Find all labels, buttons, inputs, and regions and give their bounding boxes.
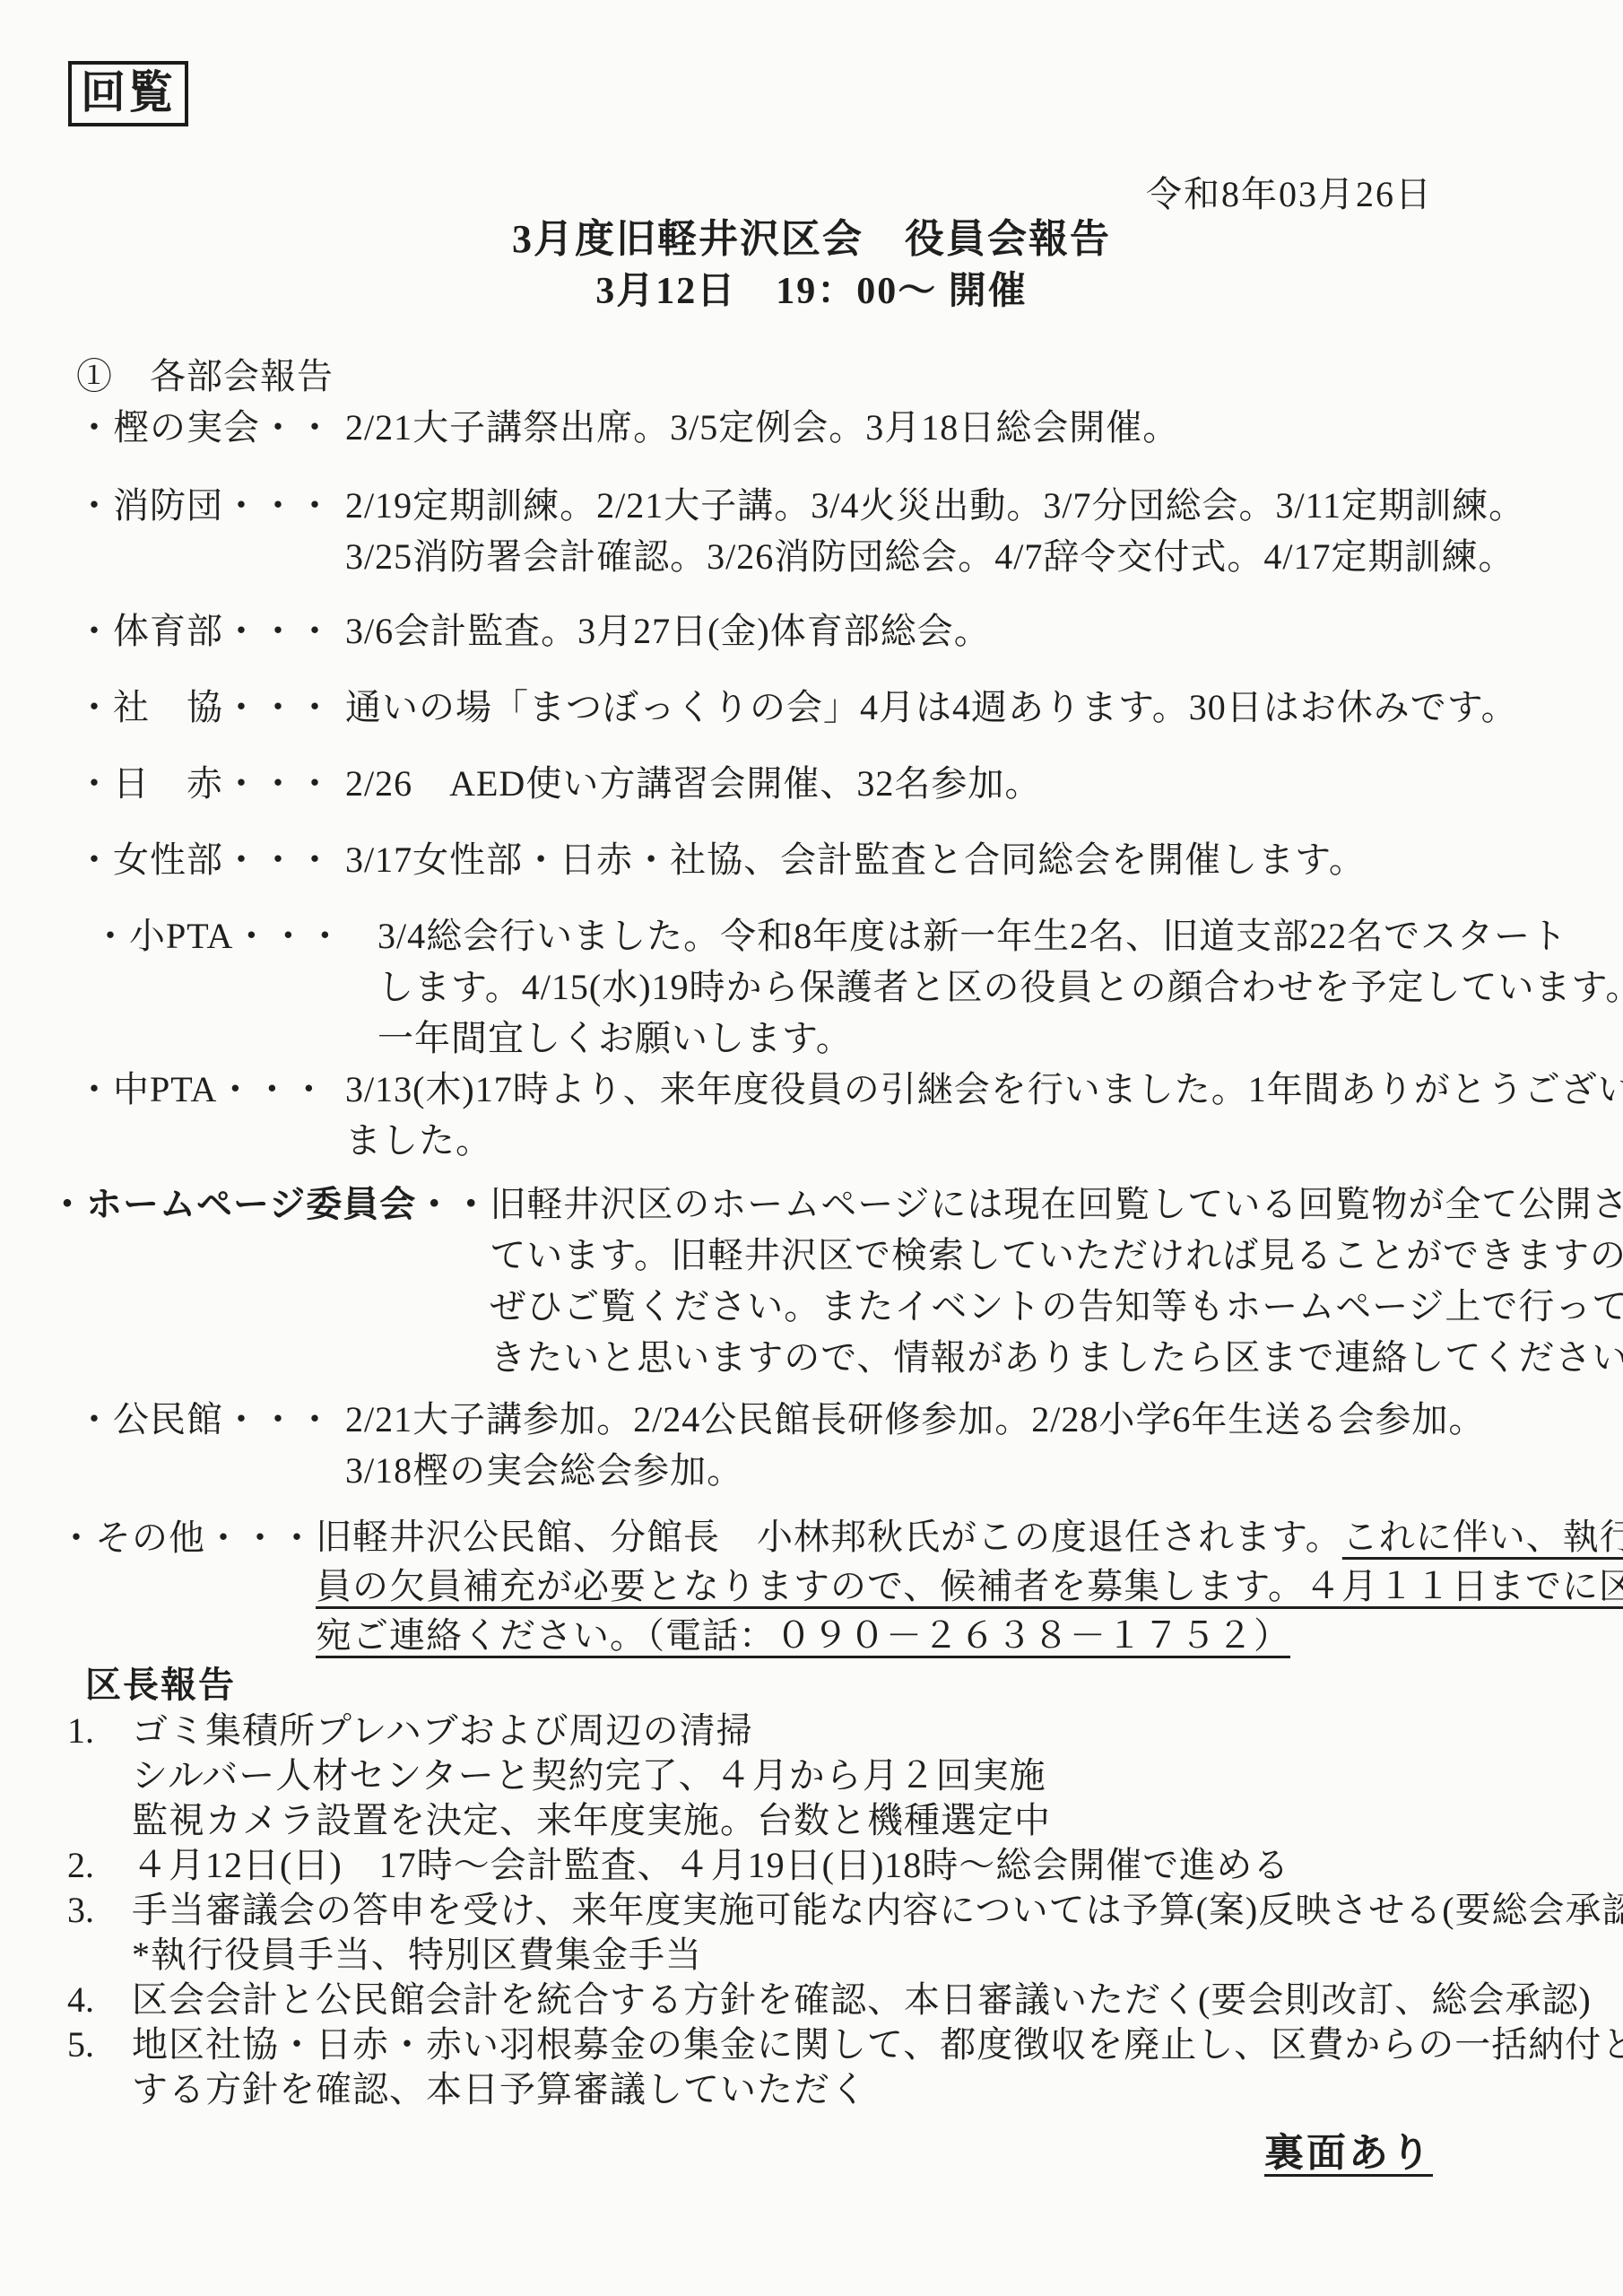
item-line-underlined: 員の欠員補充が必要となりますので、候補者を募集します。４月１１日までに区長 [316,1561,1569,1611]
item-line: 区会会計と公民館会計を統合する方針を確認、本日審議いただく(要会則改訂、総会承認… [132,1978,1592,2022]
item-number: 5. [67,2022,132,2067]
back-side-note: 裏面あり [0,2128,1623,2179]
item-line: 3/6会計監査。3月27日(金)体育部総会。 [345,605,1569,657]
report-item-shobodan: ・消防団・・・ 2/19定期訓練。2/21大子講。3/4火災出動。3/7分団総会… [76,480,1569,582]
kucho-item-3: 3. 手当審議会の答申を受け、来年度実施可能な内容については予算(案)反映させる… [67,1888,1569,1978]
item-line: 旧軽井沢区のホームページには現在回覧している回覧物が全て公開され [490,1178,1569,1230]
report-item-sonota: ・その他・・・ 旧軽井沢公民館、分館長 小林邦秋氏がこの度退任されます。これに伴… [58,1512,1569,1660]
item-line: する方針を確認、本日予算審議していただく [132,2067,1623,2112]
item-label: ・その他・・・ [58,1512,316,1563]
sonota-underlined-text: これに伴い、執行役 [1342,1517,1623,1557]
item-label: ・体育部・・・ [76,605,345,657]
item-line: します。4/15(水)19時から保護者と区の役員との顔合わせを予定しています。 [378,961,1569,1013]
item-label: ・日 赤・・・ [76,758,345,809]
kucho-item-5: 5. 地区社協・日赤・赤い羽根募金の集金に関して、都度徴収を廃止し、区費からの一… [67,2022,1569,2112]
report-item-homepage-committee: ・ホームページ委員会・・ 旧軽井沢区のホームページには現在回覧している回覧物が全… [49,1178,1569,1383]
document-date: 令和8年03月26日 [0,0,1623,216]
item-number: 1. [67,1709,132,1753]
item-line: 旧軽井沢公民館、分館長 小林邦秋氏がこの度退任されます。これに伴い、執行役 [316,1512,1569,1561]
kairan-stamp: 回覧 [68,61,188,126]
item-line: 地区社協・日赤・赤い羽根募金の集金に関して、都度徴収を廃止し、区費からの一括納付… [132,2022,1623,2067]
report-item-kashi-no-mi-kai: ・樫の実会・・ 2/21大子講祭出席。3/5定例会。3月18日総会開催。 [76,402,1569,453]
item-line: きたいと思いますので、情報がありましたら区まで連絡してください。 [490,1332,1569,1383]
item-line: シルバー人材センターと契約完了、４月から月２回実施 [132,1753,1569,1798]
kucho-item-2: 2. ４月12日(日) 17時～会計監査、４月19日(日)18時～総会開催で進め… [67,1843,1569,1888]
scanned-notice-page: 回覧 令和8年03月26日 3月度旧軽井沢区会 役員会報告 3月12日 19：0… [0,0,1623,2296]
item-line: ゴミ集積所プレハブおよび周辺の清掃 [132,1709,1569,1753]
item-line: 監視カメラ設置を決定、来年度実施。台数と機種選定中 [132,1798,1569,1843]
item-label: ・公民館・・・ [76,1394,345,1445]
section-committee-reports: ① 各部会報告 ・樫の実会・・ 2/21大子講祭出席。3/5定例会。3月18日総… [0,351,1623,1660]
kucho-item-1: 1. ゴミ集積所プレハブおよび周辺の清掃 シルバー人材センターと契約完了、４月か… [67,1709,1569,1843]
item-line: 3/17女性部・日赤・社協、会計監査と合同総会を開催します。 [345,834,1569,885]
sonota-plain-text: 旧軽井沢公民館、分館長 小林邦秋氏がこの度退任されます。 [316,1517,1342,1557]
item-label: ・小PTA・・・ [76,910,378,961]
item-line: 一年間宜しくお願いします。 [378,1013,1569,1064]
report-item-sho-pta: ・小PTA・・・ 3/4総会行いました。令和8年度は新一年生2名、旧道支部22名… [76,910,1569,1064]
section-heading-reports: ① 各部会報告 [76,351,1569,402]
item-line: ぜひご覧ください。またイベントの告知等もホームページ上で行って行 [490,1281,1569,1332]
item-line: ています。旧軽井沢区で検索していただければ見ることができますので、 [490,1230,1569,1281]
item-number: 4. [67,1978,132,2022]
item-line: 3/13(木)17時より、来年度役員の引継会を行いました。1年間ありがとうござい [345,1064,1569,1115]
item-label: ・消防団・・・ [76,480,345,531]
item-line-underlined: 宛ご連絡ください。（電話：０９０－２６３８－１７５２） [316,1611,1569,1660]
report-item-kominkan: ・公民館・・・ 2/21大子講参加。2/24公民館長研修参加。2/28小学6年生… [76,1394,1569,1496]
item-line: ました。 [345,1115,1569,1166]
item-line: 通いの場「まつぼっくりの会」4月は4週あります。30日はお休みです。 [345,682,1569,733]
report-item-chu-pta: ・中PTA・・・ 3/13(木)17時より、来年度役員の引継会を行いました。1年… [76,1064,1569,1166]
back-side-note-text: 裏面あり [1264,2131,1433,2175]
report-item-nisseki: ・日 赤・・・ 2/26 AED使い方講習会開催、32名参加。 [76,758,1569,809]
meeting-datetime: 3月12日 19：00～ 開催 [0,268,1623,315]
section-kucho-report: 区長報告 1. ゴミ集積所プレハブおよび周辺の清掃 シルバー人材センターと契約完… [0,1662,1623,2112]
report-item-taiikubu: ・体育部・・・ 3/6会計監査。3月27日(金)体育部総会。 [76,605,1569,657]
item-line: 3/18樫の実会総会参加。 [345,1445,1569,1496]
kucho-item-4: 4. 区会会計と公民館会計を統合する方針を確認、本日審議いただく(要会則改訂、総… [67,1978,1569,2022]
item-line: *執行役員手当、特別区費集金手当 [132,1933,1623,1978]
item-label: ・女性部・・・ [76,834,345,885]
report-item-joseibu: ・女性部・・・ 3/17女性部・日赤・社協、会計監査と合同総会を開催します。 [76,834,1569,885]
item-label: ・中PTA・・・ [76,1064,345,1115]
item-label: ・樫の実会・・ [76,402,345,453]
item-label: ・社 協・・・ [76,682,345,733]
item-number: 2. [67,1843,132,1888]
item-line: 3/25消防署会計確認。3/26消防団総会。4/7辞令交付式。4/17定期訓練。 [345,531,1569,582]
item-label: ・ホームページ委員会・・ [49,1178,490,1230]
item-line: 2/19定期訓練。2/21大子講。3/4火災出動。3/7分団総会。3/11定期訓… [345,480,1569,531]
item-line: 2/26 AED使い方講習会開催、32名参加。 [345,758,1569,809]
kucho-report-heading: 区長報告 [67,1662,1569,1709]
report-item-shakyo: ・社 協・・・ 通いの場「まつぼっくりの会」4月は4週あります。30日はお休みで… [76,682,1569,733]
item-line: ４月12日(日) 17時～会計監査、４月19日(日)18時～総会開催で進める [132,1843,1569,1888]
item-line: 3/4総会行いました。令和8年度は新一年生2名、旧道支部22名でスタート [378,910,1569,961]
item-line: 2/21大子講祭出席。3/5定例会。3月18日総会開催。 [345,402,1569,453]
item-line: 2/21大子講参加。2/24公民館長研修参加。2/28小学6年生送る会参加。 [345,1394,1569,1445]
document-title: 3月度旧軽井沢区会 役員会報告 [0,216,1623,263]
item-number: 3. [67,1888,132,1933]
item-line: 手当審議会の答申を受け、来年度実施可能な内容については予算(案)反映させる(要総… [132,1888,1623,1933]
